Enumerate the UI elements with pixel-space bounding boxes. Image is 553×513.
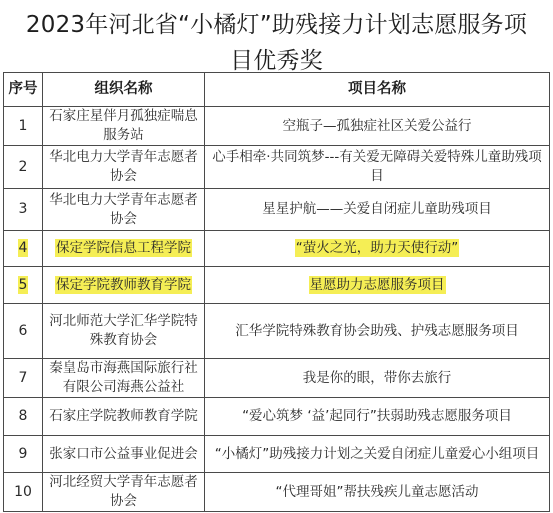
row-organization: 河北师范大学汇华学院特殊教育协会 bbox=[43, 304, 205, 359]
row-organization: 河北经贸大学青年志愿者协会 bbox=[43, 473, 205, 512]
row-index: 10 bbox=[4, 473, 43, 512]
row-index: 3 bbox=[4, 189, 43, 231]
table-row: 10 河北经贸大学青年志愿者协会 “代理哥姐”帮扶残疾儿童志愿活动 bbox=[4, 473, 550, 512]
row-organization: 石家庄学院教师教育学院 bbox=[43, 398, 205, 436]
award-table: 序号 组织名称 项目名称 1 石家庄星伴月孤独症喘息服务站 空瓶子—孤独症社区关… bbox=[3, 72, 550, 512]
row-organization: 华北电力大学青年志愿者协会 bbox=[43, 189, 205, 231]
row-index: 9 bbox=[4, 436, 43, 473]
row-organization: 保定学院信息工程学院 bbox=[55, 239, 192, 257]
row-project: 汇华学院特殊教育协会助残、护残志愿服务项目 bbox=[205, 304, 550, 359]
row-project: “萤火之光，助力天使行动” bbox=[295, 239, 460, 257]
table-row: 6 河北师范大学汇华学院特殊教育协会 汇华学院特殊教育协会助残、护残志愿服务项目 bbox=[4, 304, 550, 359]
table-header-row: 序号 组织名称 项目名称 bbox=[4, 73, 550, 107]
row-organization: 保定学院教师教育学院 bbox=[55, 276, 192, 294]
table-row: 9 张家口市公益事业促进会 “小橘灯”助残接力计划之关爱自闭症儿童爱心小组项目 bbox=[4, 436, 550, 473]
row-organization: 张家口市公益事业促进会 bbox=[43, 436, 205, 473]
row-project: 空瓶子—孤独症社区关爱公益行 bbox=[205, 107, 550, 146]
row-index: 8 bbox=[4, 398, 43, 436]
document-title-line-1: 2023年河北省“小橘灯”助残接力计划志愿服务项 bbox=[0, 6, 553, 39]
table-row: 3 华北电力大学青年志愿者协会 星星护航——关爱自闭症儿童助残项目 bbox=[4, 189, 550, 231]
row-index: 7 bbox=[4, 359, 43, 398]
row-organization: 石家庄星伴月孤独症喘息服务站 bbox=[43, 107, 205, 146]
row-project: “代理哥姐”帮扶残疾儿童志愿活动 bbox=[205, 473, 550, 512]
header-project: 项目名称 bbox=[205, 73, 550, 107]
row-project: 星愿助力志愿服务项目 bbox=[309, 276, 446, 294]
row-organization: 华北电力大学青年志愿者协会 bbox=[43, 146, 205, 189]
row-project: “小橘灯”助残接力计划之关爱自闭症儿童爱心小组项目 bbox=[205, 436, 550, 473]
table-row: 2 华北电力大学青年志愿者协会 心手相牵·共同筑梦---有关爱无障碍关爱特殊儿童… bbox=[4, 146, 550, 189]
row-index: 5 bbox=[18, 276, 29, 294]
row-project: 星星护航——关爱自闭症儿童助残项目 bbox=[205, 189, 550, 231]
table-row: 8 石家庄学院教师教育学院 “爱心筑梦 ‘益’起同行”扶弱助残志愿服务项目 bbox=[4, 398, 550, 436]
row-index: 4 bbox=[18, 239, 29, 257]
table-row: 7 秦皇岛市海燕国际旅行社有限公司海燕公益社 我是你的眼，带你去旅行 bbox=[4, 359, 550, 398]
row-project: 我是你的眼，带你去旅行 bbox=[205, 359, 550, 398]
table-row-highlighted: 4 保定学院信息工程学院 “萤火之光，助力天使行动” bbox=[4, 231, 550, 267]
table-row: 1 石家庄星伴月孤独症喘息服务站 空瓶子—孤独症社区关爱公益行 bbox=[4, 107, 550, 146]
row-project: “爱心筑梦 ‘益’起同行”扶弱助残志愿服务项目 bbox=[205, 398, 550, 436]
row-index: 1 bbox=[4, 107, 43, 146]
header-index: 序号 bbox=[4, 73, 43, 107]
row-organization: 秦皇岛市海燕国际旅行社有限公司海燕公益社 bbox=[43, 359, 205, 398]
header-organization: 组织名称 bbox=[43, 73, 205, 107]
row-index: 2 bbox=[4, 146, 43, 189]
row-project: 心手相牵·共同筑梦---有关爱无障碍关爱特殊儿童助残项目 bbox=[205, 146, 550, 189]
row-index: 6 bbox=[4, 304, 43, 359]
document-title-line-2: 目优秀奖 bbox=[0, 42, 553, 75]
table-row-highlighted: 5 保定学院教师教育学院 星愿助力志愿服务项目 bbox=[4, 267, 550, 304]
